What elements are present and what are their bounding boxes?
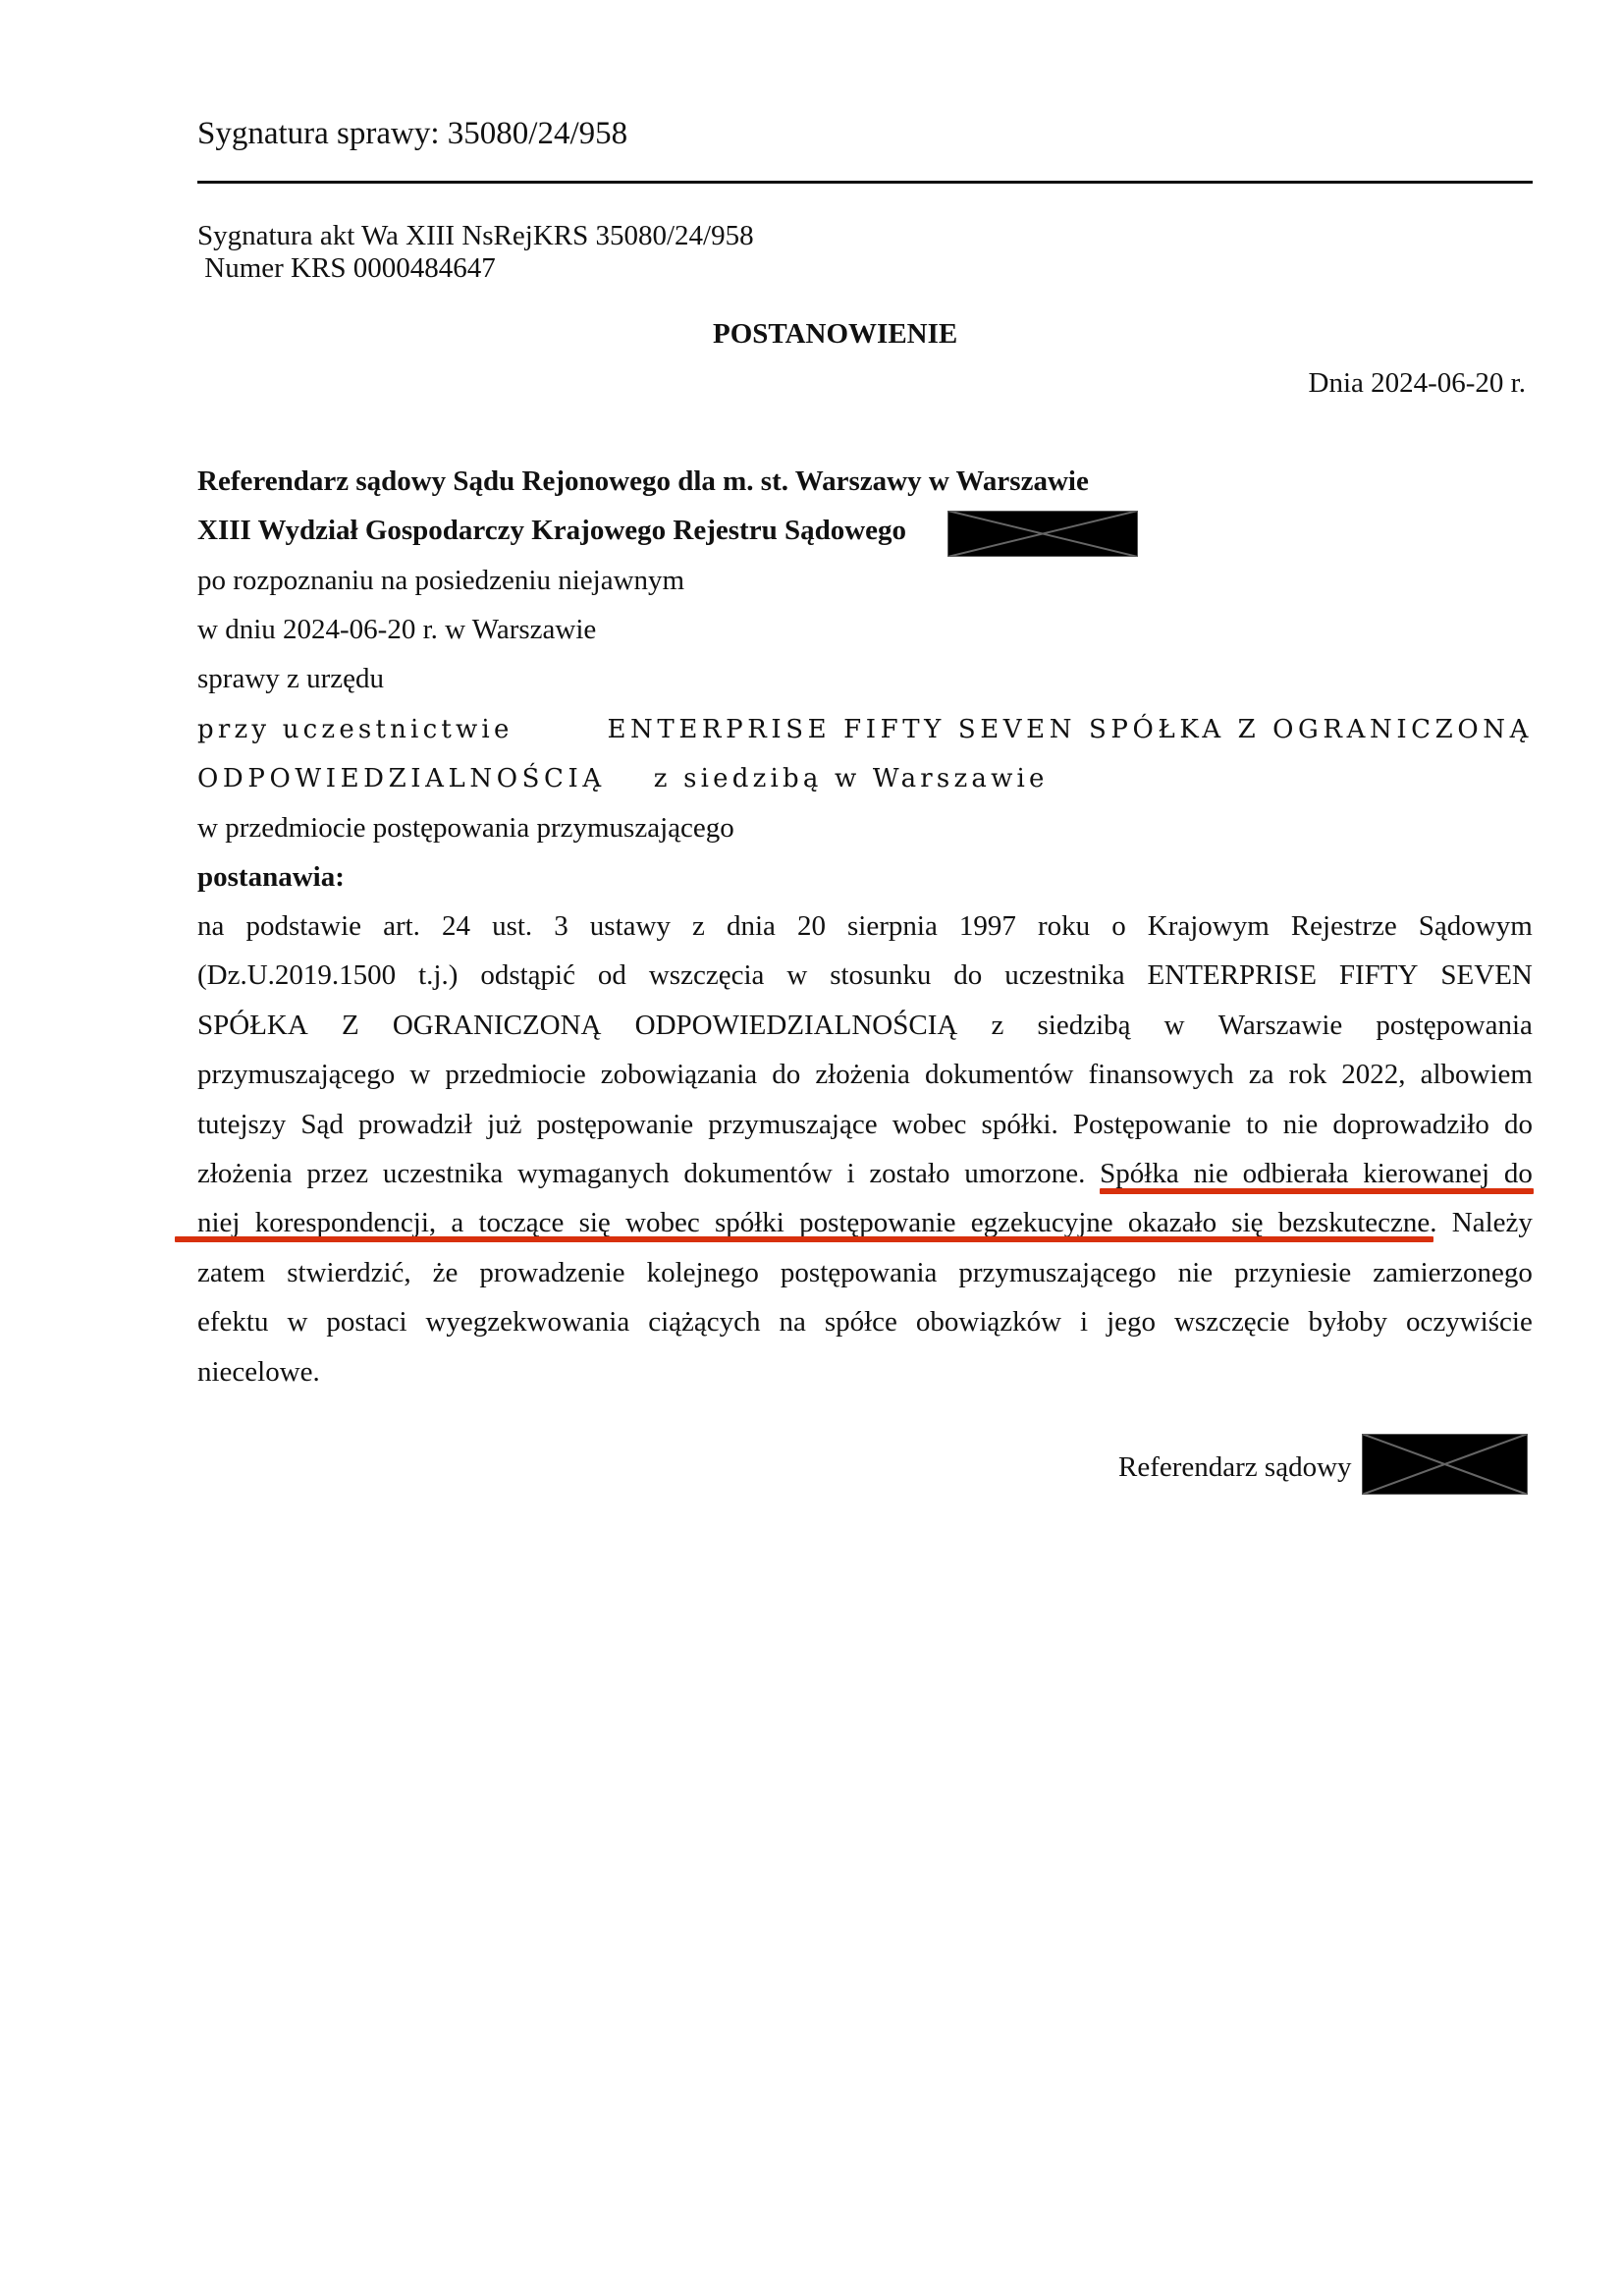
word: w (409, 1061, 430, 1089)
word: wobec (892, 1111, 967, 1139)
word: wyegzekwowania (425, 1308, 629, 1337)
word: FIFTY (1339, 961, 1419, 990)
word: w (1164, 1011, 1185, 1040)
red-underline-annotation (1100, 1188, 1534, 1194)
word: toczące (478, 1209, 564, 1237)
word: podstawie (245, 912, 361, 941)
word: Spółka (1100, 1160, 1179, 1188)
word: stwierdzić, (287, 1259, 410, 1287)
document-title: POSTANOWIENIE (713, 320, 957, 349)
word: nie (1283, 1111, 1318, 1139)
word: zobowiązania (601, 1061, 757, 1089)
redaction-cross-icon (1362, 1434, 1528, 1495)
word: a (451, 1209, 463, 1237)
word: wobec (625, 1209, 700, 1237)
word: kierowanej (1363, 1160, 1489, 1188)
word: kolejnego (647, 1259, 759, 1287)
word: tutejszy (197, 1111, 286, 1139)
subject-line: w przedmiocie postępowania przymuszające… (197, 814, 734, 843)
word: SEVEN (1440, 961, 1532, 990)
word: postępowania (1376, 1011, 1532, 1040)
header-divider (197, 181, 1533, 184)
word: rok (1289, 1061, 1327, 1089)
word: od (598, 961, 626, 990)
redaction-cross-icon (947, 511, 1138, 557)
court-name-redaction (947, 511, 1138, 557)
intro-line: sprawy z urzędu (197, 665, 384, 693)
word: niej (197, 1209, 241, 1237)
word: 1997 (959, 912, 1016, 941)
word: roku (1038, 912, 1090, 941)
body-line: napodstawieart.24ust.3ustawyzdnia20sierp… (197, 912, 1533, 941)
word: 2022, (1341, 1061, 1405, 1089)
body-line: złożeniaprzezuczestnikawymaganychdokumen… (197, 1160, 1533, 1188)
word: postępowanie (537, 1111, 693, 1139)
word: jego (1107, 1308, 1156, 1337)
word: siedzibą (1038, 1011, 1131, 1040)
body-line: SPÓŁKAZOGRANICZONĄODPOWIEDZIALNOŚCIĄzsie… (197, 1011, 1533, 1040)
word: egzekucyjne (971, 1209, 1113, 1237)
court-line-1: Referendarz sądowy Sądu Rejonowego dla m… (197, 467, 1089, 496)
body-line: przymuszającegowprzedmiociezobowiązaniad… (197, 1061, 1533, 1089)
word: nie (1178, 1259, 1213, 1287)
word: w (287, 1308, 307, 1337)
word: i (1080, 1308, 1088, 1337)
krs-number: Numer KRS 0000484647 (197, 254, 496, 283)
decides-label: postanawia: (197, 863, 345, 892)
word: przyniesie (1234, 1259, 1351, 1287)
word: za (1249, 1061, 1274, 1089)
word: nie (1193, 1160, 1227, 1188)
word: dokumentów (683, 1160, 832, 1188)
word: do (772, 1061, 800, 1089)
signature-label: Referendarz sądowy (1118, 1453, 1352, 1482)
word: zatem (197, 1259, 265, 1287)
word: OGRANICZONĄ (393, 1011, 602, 1040)
word: prowadził (358, 1111, 472, 1139)
participant-name-cont: ODPOWIEDZIALNOŚCIĄ (197, 764, 606, 793)
word: przedmiocie (445, 1061, 585, 1089)
word: ENTERPRISE (1148, 961, 1317, 990)
word: prowadzenie (479, 1259, 624, 1287)
word: byłoby (1308, 1308, 1387, 1337)
participant-name: ENTERPRISE FIFTY SEVEN SPÓŁKA Z OGRANICZ… (607, 717, 1533, 742)
word: bezskuteczne. (1278, 1209, 1437, 1237)
word: Warszawie (1218, 1011, 1342, 1040)
word: albowiem (1421, 1061, 1533, 1089)
word: z (692, 912, 705, 941)
word: postępowanie (799, 1209, 955, 1237)
word: stosunku (830, 961, 931, 990)
word: ust. (492, 912, 532, 941)
word: się (1231, 1209, 1263, 1237)
word: o (1111, 912, 1126, 941)
case-signature-header: Sygnatura sprawy: 35080/24/958 (197, 116, 627, 152)
word: w (786, 961, 807, 990)
word: Należy (1452, 1209, 1533, 1237)
word: z (991, 1011, 1003, 1040)
word: ustawy (590, 912, 671, 941)
word: wszczęcia (649, 961, 765, 990)
word: okazało (1128, 1209, 1216, 1237)
word: umorzone. (964, 1160, 1085, 1188)
word: przymuszającego (958, 1259, 1156, 1287)
word: zamierzonego (1373, 1259, 1533, 1287)
word: odbierała (1243, 1160, 1349, 1188)
word: przymuszającego (197, 1061, 395, 1089)
word: Sąd (300, 1111, 344, 1139)
word: 20 (797, 912, 826, 941)
word: to (1246, 1111, 1269, 1139)
word: dokumentów (925, 1061, 1073, 1089)
word: oczywiście (1406, 1308, 1533, 1337)
body-line: efektuwpostaciwyegzekwowaniaciążącychnas… (197, 1308, 1533, 1337)
word: spółki. (982, 1111, 1058, 1139)
word: SPÓŁKA (197, 1011, 308, 1040)
word: sierpnia (847, 912, 938, 941)
word: już (487, 1111, 521, 1139)
word: do (1504, 1111, 1533, 1139)
word: korespondencji, (255, 1209, 436, 1237)
document-date: Dnia 2024-06-20 r. (1309, 369, 1527, 398)
word: się (579, 1209, 611, 1237)
word: przymuszające (708, 1111, 877, 1139)
word: wymaganych (517, 1160, 670, 1188)
word: Z (342, 1011, 359, 1040)
word: 3 (554, 912, 568, 941)
word: przez (306, 1160, 368, 1188)
document-page: Sygnatura sprawy: 35080/24/958 Sygnatura… (0, 0, 1622, 2296)
word: uczestnika (1004, 961, 1124, 990)
word: art. (383, 912, 420, 941)
word: Postępowanie (1073, 1111, 1231, 1139)
court-line-2: XIII Wydział Gospodarczy Krajowego Rejes… (197, 517, 906, 545)
word: zostało (869, 1160, 949, 1188)
participant-line-1: przy uczestnictwie ENTERPRISE FIFTY SEVE… (197, 717, 1533, 742)
word: wszczęcie (1174, 1308, 1290, 1337)
word: i (847, 1160, 855, 1188)
word: ciążących (648, 1308, 760, 1337)
word: że (433, 1259, 459, 1287)
word: finansowych (1088, 1061, 1233, 1089)
word: uczestnika (383, 1160, 503, 1188)
word: na (197, 912, 224, 941)
body-line: niejkorespondencji,atoczącesięwobecspółk… (197, 1209, 1533, 1237)
word: Rejestrze (1291, 912, 1397, 941)
body-line: zatemstwierdzić,żeprowadzeniekolejnegopo… (197, 1259, 1533, 1287)
word: efektu (197, 1308, 268, 1337)
word: spółki (715, 1209, 784, 1237)
body-line: (Dz.U.2019.1500t.j.)odstąpićodwszczęciaw… (197, 961, 1533, 990)
word: dnia (727, 912, 776, 941)
red-underline-annotation (175, 1236, 1433, 1242)
word: na (779, 1308, 805, 1337)
word: do (953, 961, 982, 990)
word: postaci (326, 1308, 406, 1337)
word: (Dz.U.2019.1500 (197, 961, 396, 990)
word: złożenia (197, 1160, 293, 1188)
word: Krajowym (1148, 912, 1270, 941)
word: ODPOWIEDZIALNOŚCIĄ (635, 1011, 958, 1040)
participant-line-2: ODPOWIEDZIALNOŚCIĄ z siedzibą w Warszawi… (197, 766, 1049, 792)
word: spółce (825, 1308, 897, 1337)
word: t.j.) (418, 961, 458, 990)
file-signature: Sygnatura akt Wa XIII NsRejKRS 35080/24/… (197, 222, 754, 250)
word: 24 (442, 912, 470, 941)
word: odstąpić (480, 961, 575, 990)
participant-prefix: przy uczestnictwie (197, 717, 514, 742)
intro-line: w dniu 2024-06-20 r. w Warszawie (197, 616, 596, 644)
word: postępowania (781, 1259, 937, 1287)
word: obowiązków (916, 1308, 1061, 1337)
word: złożenia (815, 1061, 910, 1089)
intro-line: po rozpoznaniu na posiedzeniu niejawnym (197, 567, 684, 595)
word: Sądowym (1419, 912, 1533, 941)
body-line: tutejszySądprowadziłjużpostępowanieprzym… (197, 1111, 1533, 1139)
word: doprowadziło (1332, 1111, 1488, 1139)
body-line: niecelowe. (197, 1358, 1533, 1387)
signature-redaction (1362, 1434, 1528, 1495)
participant-seat: z siedzibą w Warszawie (654, 764, 1049, 793)
word: do (1504, 1160, 1533, 1188)
